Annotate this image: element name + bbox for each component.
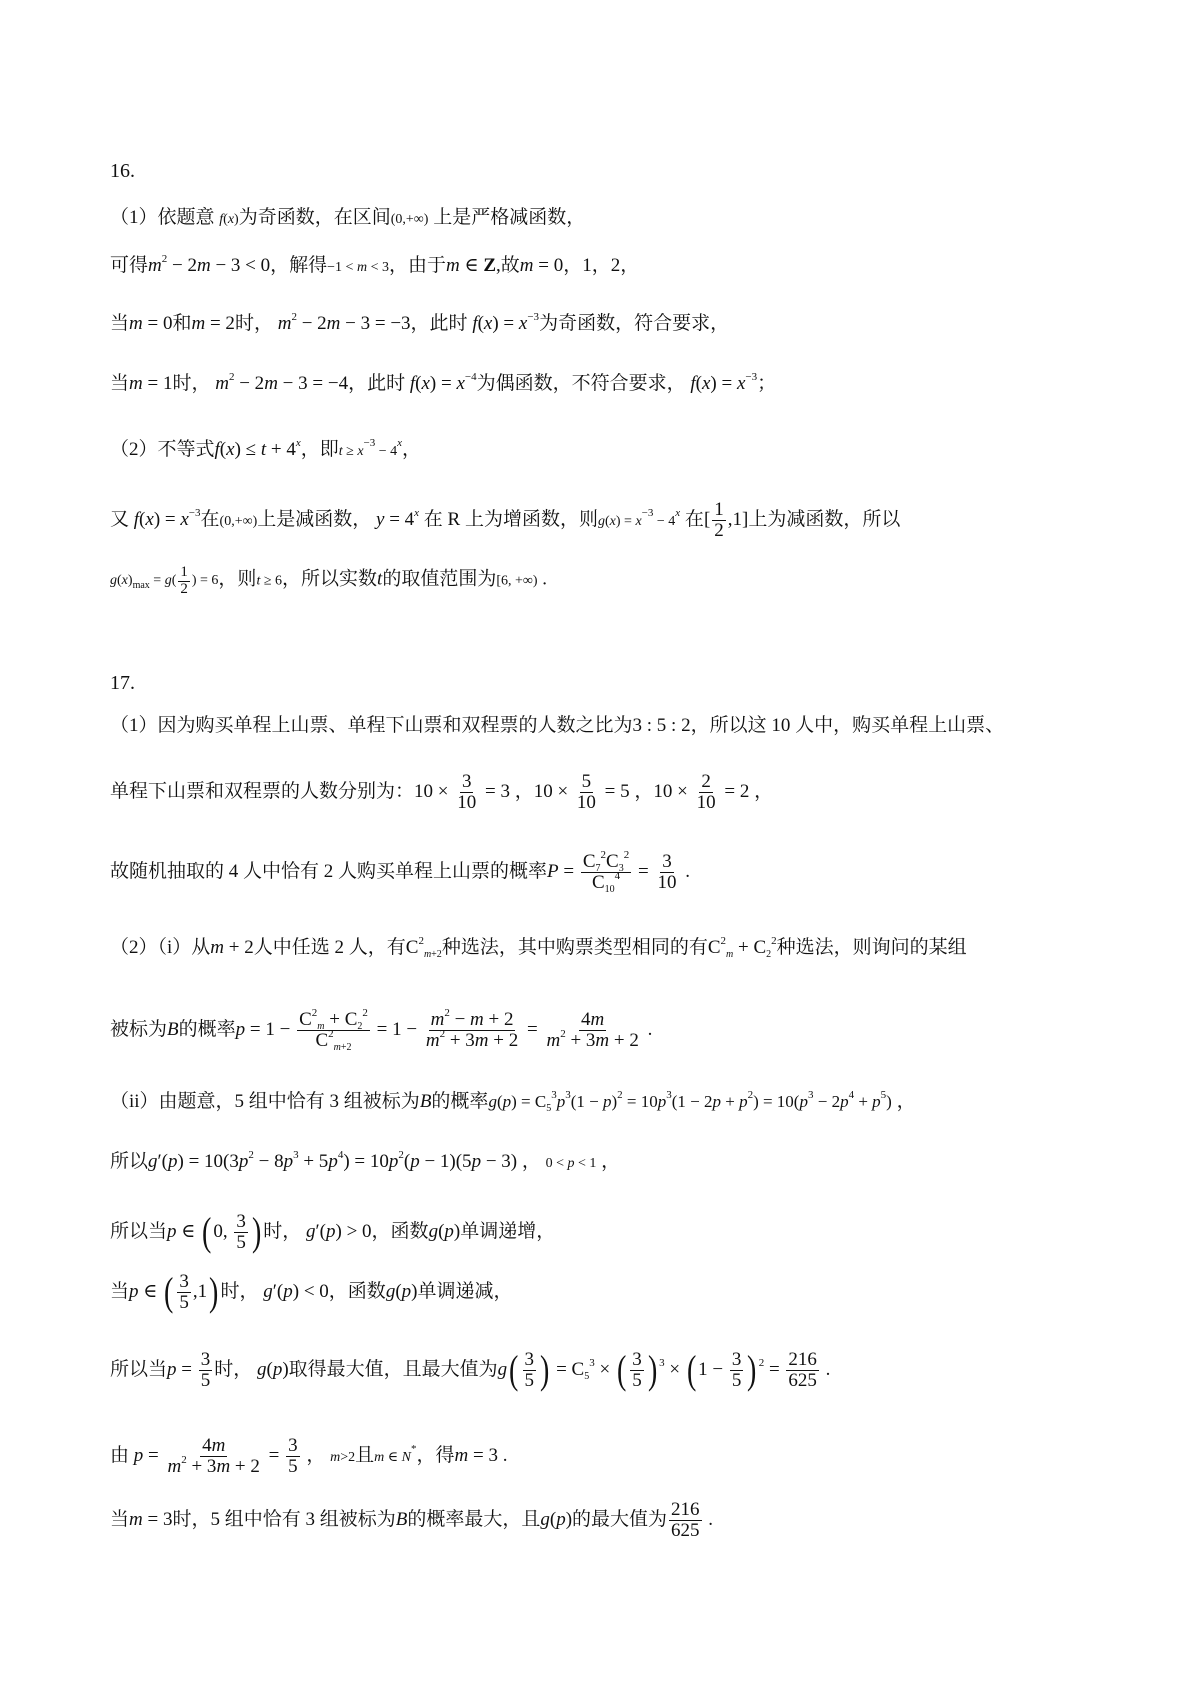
- p17-line-10: 所以当p = 35时， g(p)取得最大值，且最大值为g(35) = C53 ×…: [110, 1350, 830, 1391]
- text: （1）因为购买单程上山票、单程下山票和双程票的人数之比为: [110, 715, 633, 736]
- text: 当: [110, 1281, 129, 1302]
- text: 时，: [172, 373, 210, 394]
- p17-line-11: 由 p = 4mm2 + 3m + 2 = 35 ， m>2且m ∈ N*，得m…: [110, 1436, 507, 1477]
- text: 上为减函数，所以: [748, 509, 900, 530]
- text: ,故: [496, 255, 520, 276]
- problem-number-16: 16.: [110, 160, 135, 183]
- text: 种选法，则询问的某组: [777, 937, 967, 958]
- text: 故随机抽取的 4 人中恰有 2 人购买单程上山票的概率: [110, 861, 547, 882]
- text: ，函数: [329, 1281, 386, 1302]
- text: ，所以这 10 人中，购买单程上山票、: [691, 715, 1005, 736]
- text: 为奇函数，在区间: [239, 207, 391, 228]
- text: （ii）由题意，5 组中恰有 3 组被标为: [110, 1091, 420, 1112]
- text: ，即: [301, 439, 339, 460]
- text: 被标为: [110, 1019, 167, 1040]
- p16-line-7: g(x)max = g(12) = 6，则t ≥ 6，所以实数t的取值范围为[6…: [110, 565, 547, 598]
- p16-line-6: 又 f(x) = x−3在(0,+∞)上是减函数， y = 4x 在 R 上为增…: [110, 500, 900, 541]
- p16-line-2: 可得m2 − 2m − 3 < 0，解得−1 < m < 3，由于m ∈ Z,故…: [110, 256, 639, 275]
- p16-line-5: （2）不等式f(x) ≤ t + 4x，即t ≥ x−3 − 4x，: [110, 440, 421, 459]
- text: 为奇函数，符合要求，: [539, 313, 729, 334]
- p17-line-1: （1）因为购买单程上山票、单程下山票和双程票的人数之比为3 : 5 : 2，所以…: [110, 716, 1004, 735]
- text: ，则: [218, 568, 256, 589]
- p17-line-2: 单程下山票和双程票的人数分别为：10 × 310 = 3 ，10 × 510 =…: [110, 772, 773, 813]
- text: 的概率: [431, 1091, 488, 1112]
- text: 当: [110, 373, 129, 394]
- text: 所以: [110, 1151, 148, 1172]
- text: ，此时: [411, 313, 468, 334]
- text: 在: [201, 509, 220, 530]
- text: 当: [110, 1509, 129, 1530]
- p16-line-3: 当m = 0和m = 2时， m2 − 2m − 3 = −3，此时 f(x) …: [110, 314, 729, 333]
- text: 所以当: [110, 1359, 167, 1380]
- text: 在: [685, 509, 704, 530]
- text: 单程下山票和双程票的人数分别为：: [110, 781, 414, 802]
- p17-line-4: （2）（i）从m + 2人中任选 2 人，有C2m+2种选法，其中购票类型相同的…: [110, 938, 967, 957]
- text: 时，: [221, 1281, 259, 1302]
- p17-line-5: 被标为B的概率p = 1 − C2m + C22C2m+2 = 1 − m2 −…: [110, 1010, 652, 1051]
- text: 的概率最大，且: [407, 1509, 540, 1530]
- p17-line-3: 故随机抽取的 4 人中恰有 2 人购买单程上山票的概率P = C72C32C10…: [110, 852, 690, 893]
- text: ，得: [417, 1445, 455, 1466]
- text: ，解得: [270, 255, 327, 276]
- text: 所以当: [110, 1221, 167, 1242]
- p17-line-8: 所以当p ∈ (0, 35)时， g′(p) > 0，函数g(p)单调递增，: [110, 1212, 555, 1253]
- text: ，此时: [348, 373, 405, 394]
- text: 和: [172, 313, 191, 334]
- text: 上是严格减函数，: [433, 207, 585, 228]
- text: 人中任选 2 人，有: [254, 937, 406, 958]
- text: 且: [355, 1445, 374, 1466]
- text: ，函数: [372, 1221, 429, 1242]
- text: 单调递减，: [417, 1281, 512, 1302]
- p16-line-1: （1）依题意 f(x)为奇函数，在区间(0,+∞) 上是严格减函数，: [110, 208, 585, 227]
- text: 的最大值为: [572, 1509, 667, 1530]
- text: 当: [110, 313, 129, 334]
- text: （1）依题意: [110, 207, 215, 228]
- text: 种选法，其中购票类型相同的有: [442, 937, 708, 958]
- text: 取得最大值，且最大值为: [289, 1359, 498, 1380]
- text: 时，: [235, 313, 273, 334]
- text: 在 R 上为增函数，则: [424, 509, 598, 530]
- text: （2）（i）从: [110, 937, 210, 958]
- text: ，1，2，: [563, 255, 639, 276]
- p17-line-7: 所以g′(p) = 10(3p2 − 8p3 + 5p4) = 10p2(p −…: [110, 1152, 620, 1171]
- p17-line-9: 当p ∈ (35,1)时， g′(p) < 0，函数g(p)单调递减，: [110, 1272, 512, 1313]
- text: 的取值范围为: [382, 568, 496, 589]
- text: 时，: [214, 1359, 252, 1380]
- text: （2）不等式: [110, 439, 215, 460]
- problem-number-17: 17.: [110, 672, 135, 695]
- text: 时，: [263, 1221, 301, 1242]
- text: ，所以实数: [282, 568, 377, 589]
- text: 的概率: [179, 1019, 236, 1040]
- p16-line-4: 当m = 1时， m2 − 2m − 3 = −4，此时 f(x) = x−4为…: [110, 374, 776, 393]
- text: 单调递增，: [460, 1221, 555, 1242]
- text: 由: [110, 1445, 129, 1466]
- text: 上是减函数，: [257, 509, 371, 530]
- text: 可得: [110, 255, 148, 276]
- text: ，由于: [389, 255, 446, 276]
- text: 时，5 组中恰有 3 组被标为: [172, 1509, 395, 1530]
- text: 为偶函数，不符合要求，: [477, 373, 686, 394]
- p17-line-12: 当m = 3时，5 组中恰有 3 组被标为B的概率最大，且g(p)的最大值为21…: [110, 1500, 713, 1541]
- text: 又: [110, 509, 129, 530]
- p17-line-6: （ii）由题意，5 组中恰有 3 组被标为B的概率g(p) = C53p3(1 …: [110, 1092, 916, 1111]
